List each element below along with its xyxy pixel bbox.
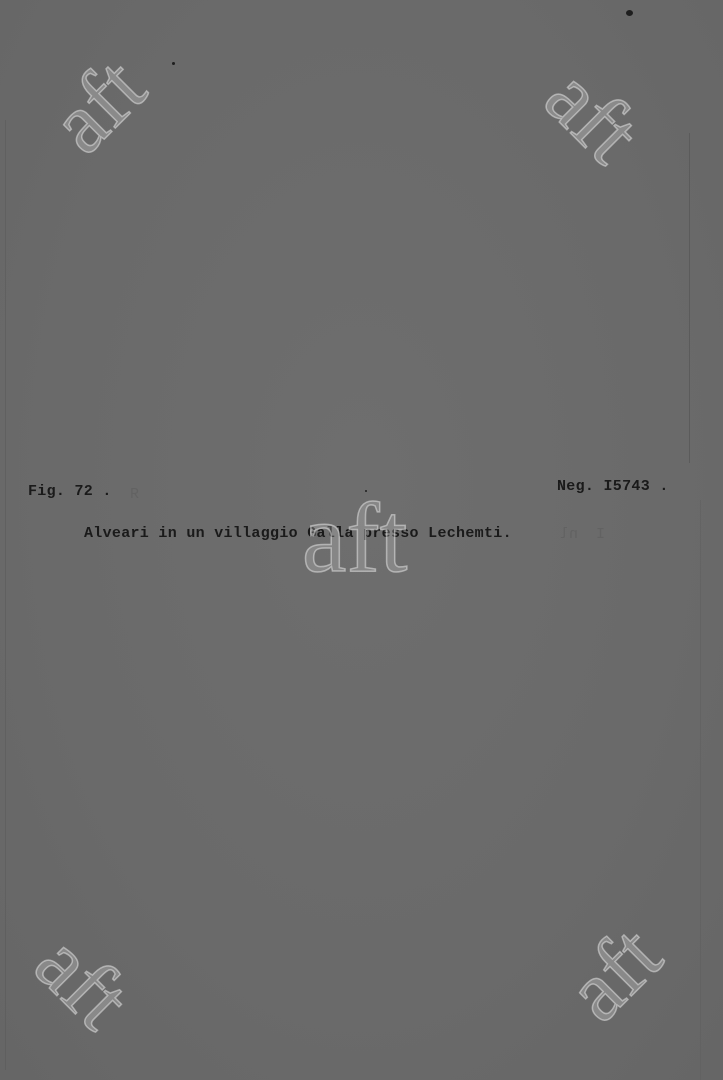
negative-number: Neg. I5743 . <box>557 478 669 495</box>
watermark-center: aft <box>302 488 407 588</box>
left-edge-line <box>5 120 6 1070</box>
right-edge-line <box>689 133 690 463</box>
dust-speck <box>172 62 175 65</box>
watermark-bottom-left: aft <box>21 919 146 1044</box>
right-edge-line-lower <box>700 500 701 1080</box>
watermark-top-right: aft <box>531 53 656 178</box>
photo-caption: Alveari in un villaggio Galla presso Lec… <box>84 525 512 542</box>
bleed-through-text-right: I nl <box>560 526 605 543</box>
archive-card: aft aft aft aft Я I nl Fig. 72 . Neg. I5… <box>0 0 723 1080</box>
figure-label: Fig. 72 . <box>28 483 112 500</box>
bleed-through-text-left: Я <box>130 486 139 503</box>
watermark-bottom-right: aft <box>551 911 676 1036</box>
watermark-top-left: aft <box>35 43 160 168</box>
dust-speck <box>626 10 633 16</box>
